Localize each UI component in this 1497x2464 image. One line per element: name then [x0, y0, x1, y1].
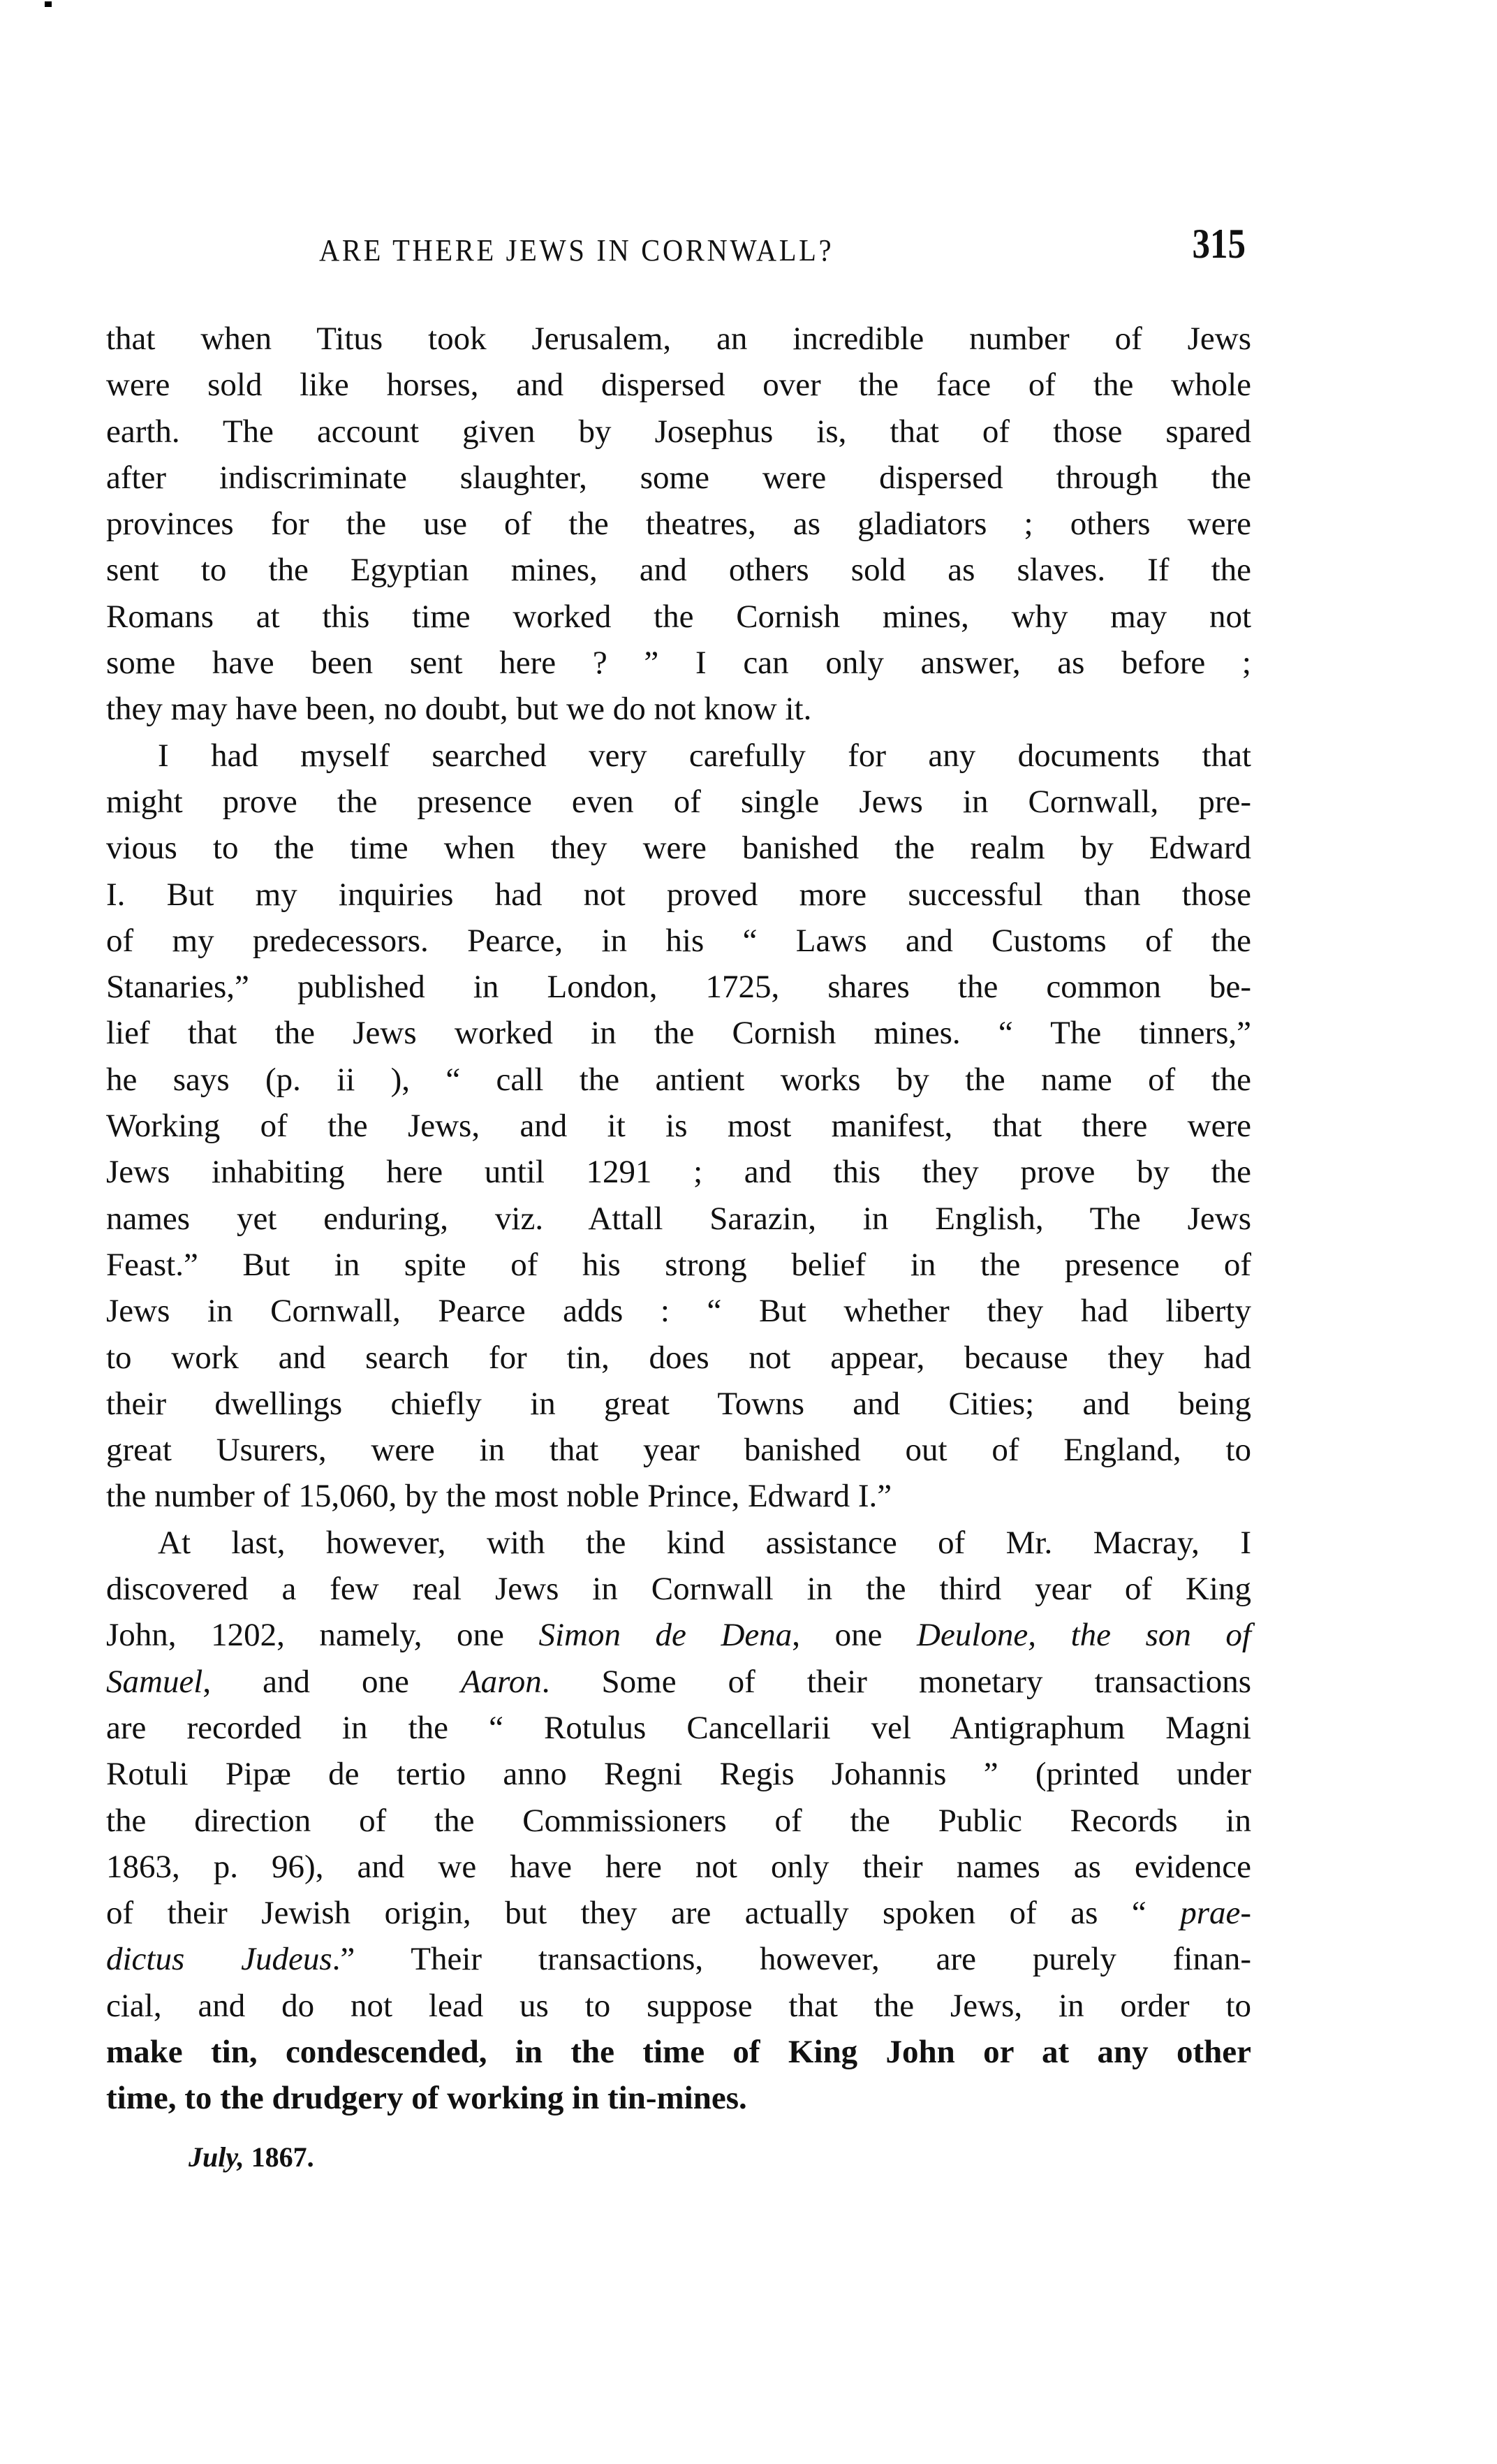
- text-line: Samuel, and one Aaron. Some of their mon…: [106, 1659, 1251, 1705]
- text-segment: Romans at this time worked the Cornish m…: [106, 599, 1251, 635]
- text-line: might prove the presence even of single …: [106, 779, 1251, 825]
- text-line: I. But my inquiries had not proved more …: [106, 872, 1251, 918]
- text-segment: , one: [792, 1617, 917, 1653]
- text-line: that when Titus took Jerusalem, an incre…: [106, 316, 1251, 362]
- text-segment: discovered a few real Jews in Cornwall i…: [106, 1571, 1251, 1607]
- italic-text: Samuel: [106, 1664, 202, 1700]
- text-line: Rotuli Pipæ de tertio anno Regni Regis J…: [106, 1751, 1251, 1797]
- italic-text: Simon de Dena: [538, 1617, 792, 1653]
- text-line: discovered a few real Jews in Cornwall i…: [106, 1566, 1251, 1612]
- dateline-month: July,: [189, 2141, 244, 2173]
- text-segment: after indiscriminate slaughter, some wer…: [106, 460, 1251, 496]
- text-segment: are recorded in the “ Rotulus Cancellari…: [106, 1710, 1251, 1746]
- text-segment: names yet enduring, viz. Attall Sarazin,…: [106, 1201, 1251, 1237]
- text-line: John, 1202, namely, one Simon de Dena, o…: [106, 1612, 1251, 1658]
- text-segment: Jews inhabiting here until 1291 ; and th…: [106, 1154, 1251, 1190]
- text-segment: sent to the Egyptian mines, and others s…: [106, 552, 1251, 588]
- italic-text: dictus Judeus: [106, 1941, 332, 1977]
- text-line: Stanaries,” published in London, 1725, s…: [106, 964, 1251, 1010]
- text-line: 1863, p. 96), and we have here not only …: [106, 1844, 1251, 1890]
- text-segment: of my predecessors. Pearce, in his “ Law…: [106, 923, 1251, 959]
- text-segment: great Usurers, were in that year banishe…: [106, 1432, 1251, 1468]
- italic-text: prae-: [1180, 1895, 1251, 1931]
- text-line: after indiscriminate slaughter, some wer…: [106, 455, 1251, 501]
- dateline-year: 1867.: [251, 2141, 314, 2173]
- text-line: Jews inhabiting here until 1291 ; and th…: [106, 1149, 1251, 1195]
- text-line: some have been sent here ? ” I can only …: [106, 640, 1251, 686]
- text-segment: the direction of the Commissioners of th…: [106, 1803, 1251, 1839]
- text-line: dictus Judeus.” Their transactions, howe…: [106, 1936, 1251, 1982]
- text-line: the number of 15,060, by the most noble …: [106, 1473, 1251, 1519]
- text-segment: might prove the presence even of single …: [106, 784, 1251, 820]
- text-line: vious to the time when they were banishe…: [106, 825, 1251, 871]
- text-segment: Jews in Cornwall, Pearce adds : “ But wh…: [106, 1293, 1251, 1329]
- text-segment: cial, and do not lead us to suppose that…: [106, 1988, 1251, 2024]
- text-segment: of their Jewish origin, but they are act…: [106, 1895, 1180, 1931]
- text-line: he says (p. ii ), “ call the antient wor…: [106, 1057, 1251, 1103]
- text-line: Jews in Cornwall, Pearce adds : “ But wh…: [106, 1288, 1251, 1334]
- text-segment: I had myself searched very carefully for…: [158, 738, 1251, 774]
- body-text: that when Titus took Jerusalem, an incre…: [106, 316, 1251, 2122]
- text-line: Romans at this time worked the Cornish m…: [106, 594, 1251, 640]
- text-segment: time, to the drudgery of working in tin-…: [106, 2080, 747, 2116]
- text-line: earth. The account given by Josephus is,…: [106, 409, 1251, 455]
- running-head: ARE THERE JEWS IN CORNWALL? 315: [106, 220, 1251, 269]
- text-segment: the number of 15,060, by the most noble …: [106, 1478, 892, 1514]
- text-line: At last, however, with the kind assistan…: [106, 1520, 1251, 1566]
- text-line: are recorded in the “ Rotulus Cancellari…: [106, 1705, 1251, 1751]
- italic-text: Deulone, the son of: [917, 1617, 1251, 1653]
- text-segment: John, 1202, namely, one: [106, 1617, 538, 1653]
- text-line: of their Jewish origin, but they are act…: [106, 1890, 1251, 1936]
- text-line: provinces for the use of the theatres, a…: [106, 501, 1251, 547]
- text-line: I had myself searched very carefully for…: [106, 733, 1251, 779]
- text-line: they may have been, no doubt, but we do …: [106, 686, 1251, 732]
- text-line: time, to the drudgery of working in tin-…: [106, 2075, 1251, 2121]
- text-segment: make tin, condescended, in the time of K…: [106, 2034, 1251, 2070]
- text-line: lief that the Jews worked in the Cornish…: [106, 1010, 1251, 1056]
- text-line: Working of the Jews, and it is most mani…: [106, 1103, 1251, 1149]
- text-segment: some have been sent here ? ” I can only …: [106, 645, 1251, 681]
- text-segment: provinces for the use of the theatres, a…: [106, 506, 1251, 542]
- text-segment: were sold like horses, and dispersed ove…: [106, 367, 1251, 403]
- text-line: of my predecessors. Pearce, in his “ Law…: [106, 918, 1251, 964]
- text-line: Feast.” But in spite of his strong belie…: [106, 1242, 1251, 1288]
- text-segment: Rotuli Pipæ de tertio anno Regni Regis J…: [106, 1756, 1251, 1792]
- text-segment: he says (p. ii ), “ call the antient wor…: [106, 1062, 1251, 1098]
- scan-speck: [45, 1, 52, 7]
- text-segment: .” Their transactions, however, are pure…: [332, 1941, 1251, 1977]
- text-segment: 1863, p. 96), and we have here not only …: [106, 1849, 1251, 1885]
- text-segment: Stanaries,” published in London, 1725, s…: [106, 969, 1251, 1005]
- text-segment: to work and search for tin, does not app…: [106, 1340, 1251, 1376]
- text-line: names yet enduring, viz. Attall Sarazin,…: [106, 1196, 1251, 1242]
- text-segment: earth. The account given by Josephus is,…: [106, 413, 1251, 450]
- text-segment: they may have been, no doubt, but we do …: [106, 691, 811, 727]
- text-line: sent to the Egyptian mines, and others s…: [106, 547, 1251, 593]
- text-segment: lief that the Jews worked in the Cornish…: [106, 1015, 1251, 1051]
- text-line: to work and search for tin, does not app…: [106, 1335, 1251, 1381]
- text-segment: At last, however, with the kind assistan…: [158, 1525, 1251, 1561]
- text-line: make tin, condescended, in the time of K…: [106, 2029, 1251, 2075]
- text-segment: , and one: [202, 1664, 461, 1700]
- text-segment: vious to the time when they were banishe…: [106, 830, 1251, 866]
- dateline: July, 1867.: [189, 2141, 314, 2173]
- text-line: cial, and do not lead us to suppose that…: [106, 1983, 1251, 2029]
- text-line: the direction of the Commissioners of th…: [106, 1798, 1251, 1844]
- page-number: 315: [1193, 220, 1246, 268]
- text-line: were sold like horses, and dispersed ove…: [106, 362, 1251, 408]
- text-segment: . Some of their monetary transactions: [542, 1664, 1251, 1700]
- italic-text: Aaron: [461, 1664, 542, 1700]
- text-segment: Feast.” But in spite of his strong belie…: [106, 1247, 1251, 1283]
- text-segment: their dwellings chiefly in great Towns a…: [106, 1386, 1251, 1422]
- text-segment: that when Titus took Jerusalem, an incre…: [106, 321, 1251, 357]
- text-segment: I. But my inquiries had not proved more …: [106, 877, 1251, 913]
- text-segment: Working of the Jews, and it is most mani…: [106, 1108, 1251, 1144]
- text-line: their dwellings chiefly in great Towns a…: [106, 1381, 1251, 1427]
- running-title: ARE THERE JEWS IN CORNWALL?: [319, 233, 834, 268]
- text-line: great Usurers, were in that year banishe…: [106, 1427, 1251, 1473]
